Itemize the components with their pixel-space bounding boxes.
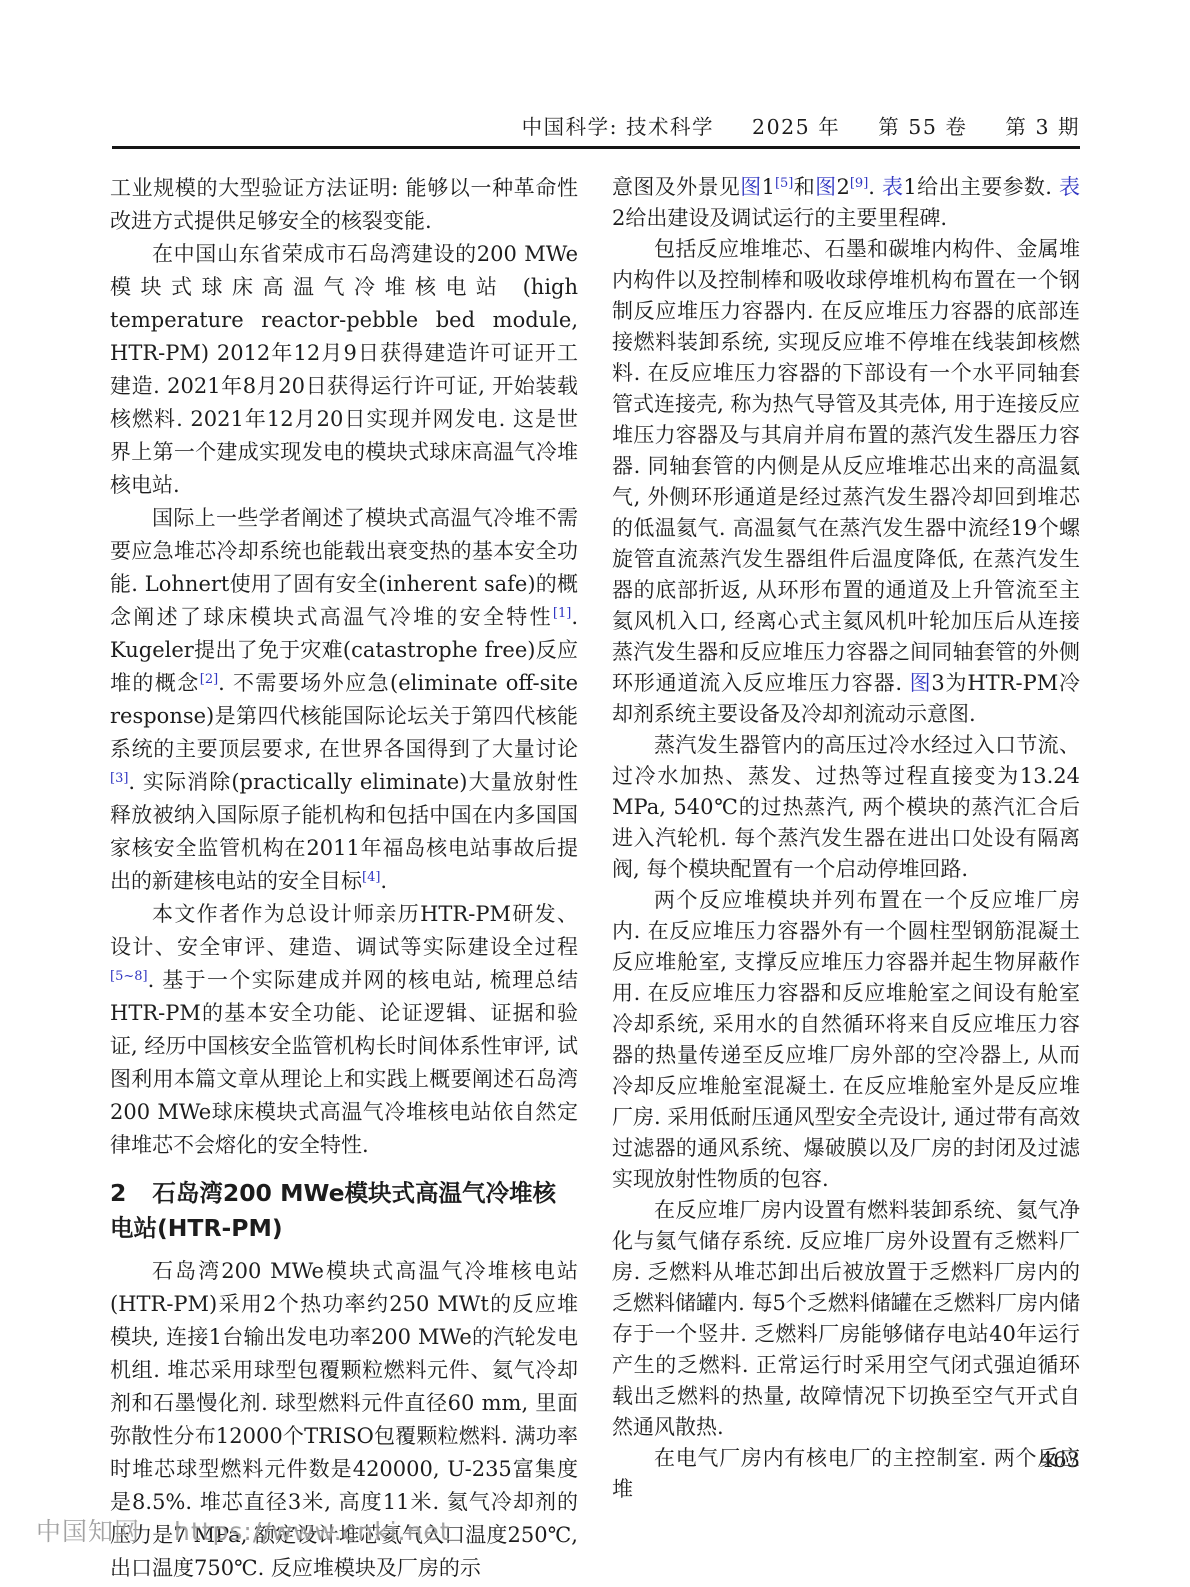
header-rule	[112, 146, 1080, 149]
paragraph: 意图及外景见图1[5]和图2[9]. 表1给出主要参数. 表2给出建设及调试运行…	[612, 172, 1080, 234]
text-run: .	[380, 869, 387, 893]
figure-table-link[interactable]: 图	[740, 175, 761, 199]
figure-table-link[interactable]: 图	[910, 671, 932, 695]
figure-table-link[interactable]: 表	[1059, 175, 1080, 199]
citation-link[interactable]: [5~8]	[110, 969, 148, 984]
text-run: 在反应堆厂房内设置有燃料装卸系统、氦气净化与氦气储存系统. 反应堆厂房外设置有乏…	[612, 1198, 1080, 1439]
cnki-footer: 中国知网 https://www.cnki.net	[36, 1512, 451, 1548]
figure-table-link[interactable]: 图	[815, 175, 836, 199]
paragraph: 包括反应堆堆芯、石墨和碳堆内构件、金属堆内构件以及控制棒和吸收球停堆机构布置在一…	[612, 234, 1080, 730]
text-run: 工业规模的大型验证方法证明: 能够以一种革命性改进方式提供足够安全的核裂变能.	[110, 176, 578, 233]
paragraph: 本文作者作为总设计师亲历HTR-PM研发、设计、安全审评、建造、调试等实际建设全…	[110, 898, 578, 1162]
citation-link[interactable]: [9]	[850, 176, 868, 191]
journal-page: 中国科学: 技术科学 2025 年 第 55 卷 第 3 期 工业规模的大型验证…	[0, 0, 1190, 1587]
journal-issue: 第 3 期	[1005, 115, 1080, 139]
section-number: 2	[110, 1179, 126, 1207]
cnki-url: https://www.cnki.net	[174, 1517, 451, 1546]
page-number: 463	[110, 1448, 1080, 1472]
text-run: 1	[762, 175, 775, 199]
paragraph: 两个反应堆模块并列布置在一个反应堆厂房内. 在反应堆压力容器外有一个圆柱型钢筋混…	[612, 885, 1080, 1195]
journal-year: 2025 年	[752, 115, 840, 139]
journal-volume: 第 55 卷	[878, 115, 967, 139]
citation-link[interactable]: [1]	[553, 606, 571, 621]
text-run: 和	[793, 175, 815, 199]
paragraph: 在反应堆厂房内设置有燃料装卸系统、氦气净化与氦气储存系统. 反应堆厂房外设置有乏…	[612, 1195, 1080, 1443]
text-run: 意图及外景见	[612, 175, 740, 199]
text-run: 两个反应堆模块并列布置在一个反应堆厂房内. 在反应堆压力容器外有一个圆柱型钢筋混…	[612, 888, 1080, 1191]
section-title: 石岛湾200 MWe模块式高温气冷堆核电站(HTR-PM)	[110, 1179, 556, 1242]
text-run: .	[868, 175, 882, 199]
right-column: 意图及外景见图1[5]和图2[9]. 表1给出主要参数. 表2给出建设及调试运行…	[612, 172, 1080, 1505]
citation-link[interactable]: [3]	[110, 771, 128, 786]
text-run: 2	[836, 175, 849, 199]
article-body: 工业规模的大型验证方法证明: 能够以一种革命性改进方式提供足够安全的核裂变能.在…	[110, 172, 1080, 1585]
text-run: 在中国山东省荣成市石岛湾建设的200 MWe模块式球床高温气冷堆核电站 (hig…	[110, 242, 578, 497]
text-run: 国际上一些学者阐述了模块式高温气冷堆不需要应急堆芯冷却系统也能载出衰变热的基本安…	[110, 506, 578, 629]
cnki-brand: 中国知网	[36, 1512, 140, 1548]
text-run: 本文作者作为总设计师亲历HTR-PM研发、设计、安全审评、建造、调试等实际建设全…	[110, 902, 578, 959]
paragraph: 在中国山东省荣成市石岛湾建设的200 MWe模块式球床高温气冷堆核电站 (hig…	[110, 238, 578, 502]
left-column: 工业规模的大型验证方法证明: 能够以一种革命性改进方式提供足够安全的核裂变能.在…	[110, 172, 578, 1585]
text-run: 2给出建设及调试运行的主要里程碑.	[612, 206, 947, 230]
text-run: . 实际消除(practically eliminate)大量放射性释放被纳入国…	[110, 770, 578, 893]
text-run: 包括反应堆堆芯、石墨和碳堆内构件、金属堆内构件以及控制棒和吸收球停堆机构布置在一…	[612, 237, 1080, 695]
citation-link[interactable]: [2]	[200, 672, 218, 687]
text-run: 蒸汽发生器管内的高压过冷水经过入口节流、过冷水加热、蒸发、过热等过程直接变为13…	[612, 733, 1080, 881]
section-heading: 2石岛湾200 MWe模块式高温气冷堆核电站(HTR-PM)	[110, 1176, 578, 1246]
paragraph: 工业规模的大型验证方法证明: 能够以一种革命性改进方式提供足够安全的核裂变能.	[110, 172, 578, 238]
paragraph: 蒸汽发生器管内的高压过冷水经过入口节流、过冷水加热、蒸发、过热等过程直接变为13…	[612, 730, 1080, 885]
text-run: 1给出主要参数.	[903, 175, 1059, 199]
figure-table-link[interactable]: 表	[882, 175, 903, 199]
running-header: 中国科学: 技术科学 2025 年 第 55 卷 第 3 期	[522, 110, 1080, 140]
citation-link[interactable]: [4]	[362, 870, 380, 885]
journal-title: 中国科学: 技术科学	[522, 115, 714, 139]
citation-link[interactable]: [5]	[775, 176, 793, 191]
paragraph: 国际上一些学者阐述了模块式高温气冷堆不需要应急堆芯冷却系统也能载出衰变热的基本安…	[110, 502, 578, 898]
text-run: . 基于一个实际建成并网的核电站, 梳理总结HTR-PM的基本安全功能、论证逻辑…	[110, 968, 578, 1157]
